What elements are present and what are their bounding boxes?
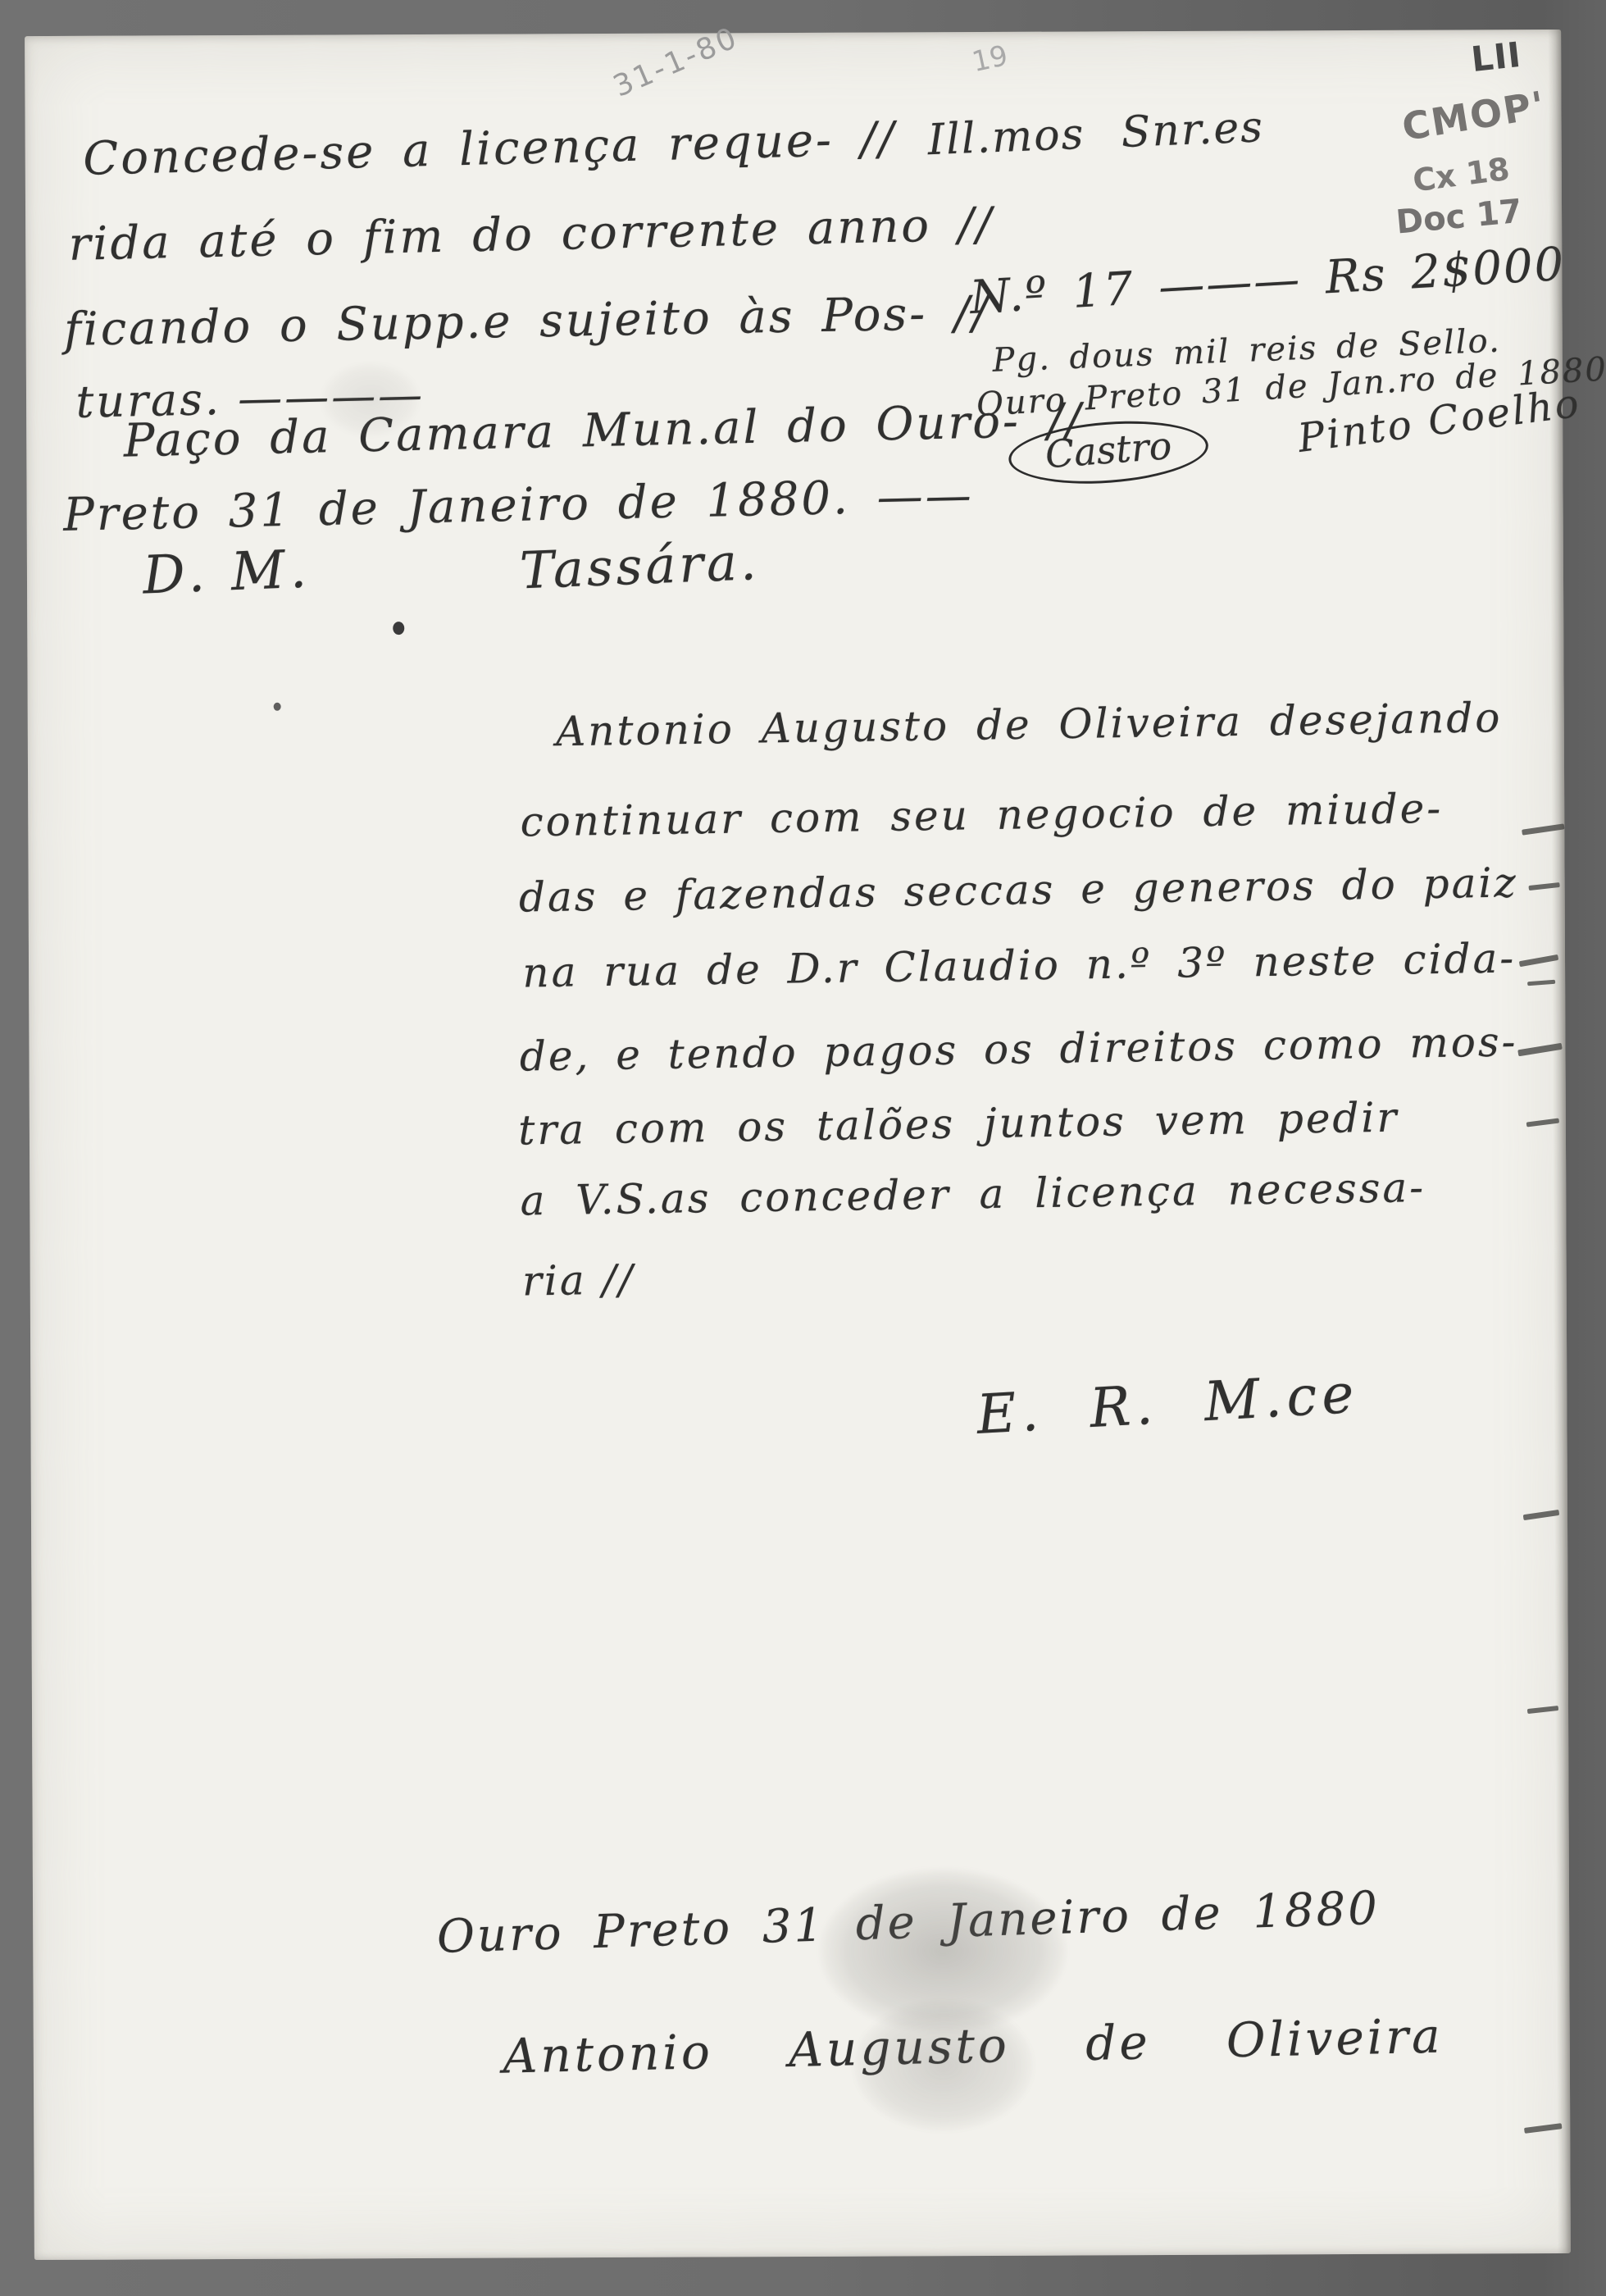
ink-smudge bbox=[321, 362, 420, 437]
despacho-line: Preto 31 de Janeiro de 1880. —— bbox=[63, 469, 975, 542]
fee-block: N.º 17 ——— Rs 2$000 Pg. dous mil reis de… bbox=[25, 30, 1561, 36]
ink-smudge bbox=[853, 2000, 1035, 2132]
petition-line: Antonio Augusto de Oliveira desejando bbox=[556, 694, 1503, 755]
ink-bleed-mark bbox=[1527, 1706, 1558, 1714]
scanned-document: 31-1-80 19 LII CMOP' Cx 18 Doc 17 Conced… bbox=[0, 0, 1606, 2296]
despacho-line: Concede-se a licença reque- // bbox=[83, 112, 898, 186]
petition-body: Antonio Augusto de Oliveira desejando co… bbox=[25, 30, 1561, 36]
pencil-number-annotation: 19 bbox=[969, 39, 1011, 79]
despacho-line: ficando o Supp.e sujeito às Pos- // bbox=[64, 286, 991, 357]
ink-dot bbox=[274, 703, 281, 711]
despacho-signature: Tassára. bbox=[519, 531, 761, 600]
salutation: Ill.mos Snr.es bbox=[927, 102, 1265, 165]
petition-line: das e fazendas seccas e generos do paiz bbox=[519, 859, 1519, 921]
document-page: 31-1-80 19 LII CMOP' Cx 18 Doc 17 Conced… bbox=[25, 30, 1571, 2260]
despacho-line: rida até o fim do corrente anno // bbox=[68, 198, 994, 271]
petition-line: na rua de D.r Claudio n.º 3º neste cida- bbox=[522, 934, 1517, 996]
fund-mark-annotation: CMOP' bbox=[1399, 82, 1549, 149]
fee-number-line: N.º 17 ——— Rs 2$000 bbox=[968, 238, 1567, 325]
despacho-block: Concede-se a licença reque- // rida até … bbox=[25, 30, 1561, 36]
petition-line: tra com os talões juntos vem pedir bbox=[518, 1094, 1399, 1155]
petition-line: ria // bbox=[522, 1255, 635, 1305]
despacho-initials: D. M. bbox=[142, 539, 312, 606]
petition-closing: E. R. M.ce bbox=[975, 1362, 1360, 1446]
petition-line: a V.S.as conceder a licença necessa- bbox=[520, 1164, 1426, 1224]
pencil-date-annotation: 31-1-80 bbox=[608, 20, 744, 103]
petition-line: de, e tendo pagos os direitos como mos- bbox=[519, 1018, 1517, 1080]
box-mark-annotation: Cx 18 bbox=[1411, 151, 1512, 199]
ink-dot bbox=[393, 622, 404, 635]
codex-mark-annotation: LII bbox=[1469, 34, 1523, 80]
petition-line: continuar com seu negocio de miude- bbox=[520, 785, 1443, 846]
doc-mark-annotation: Doc 17 bbox=[1394, 193, 1524, 242]
